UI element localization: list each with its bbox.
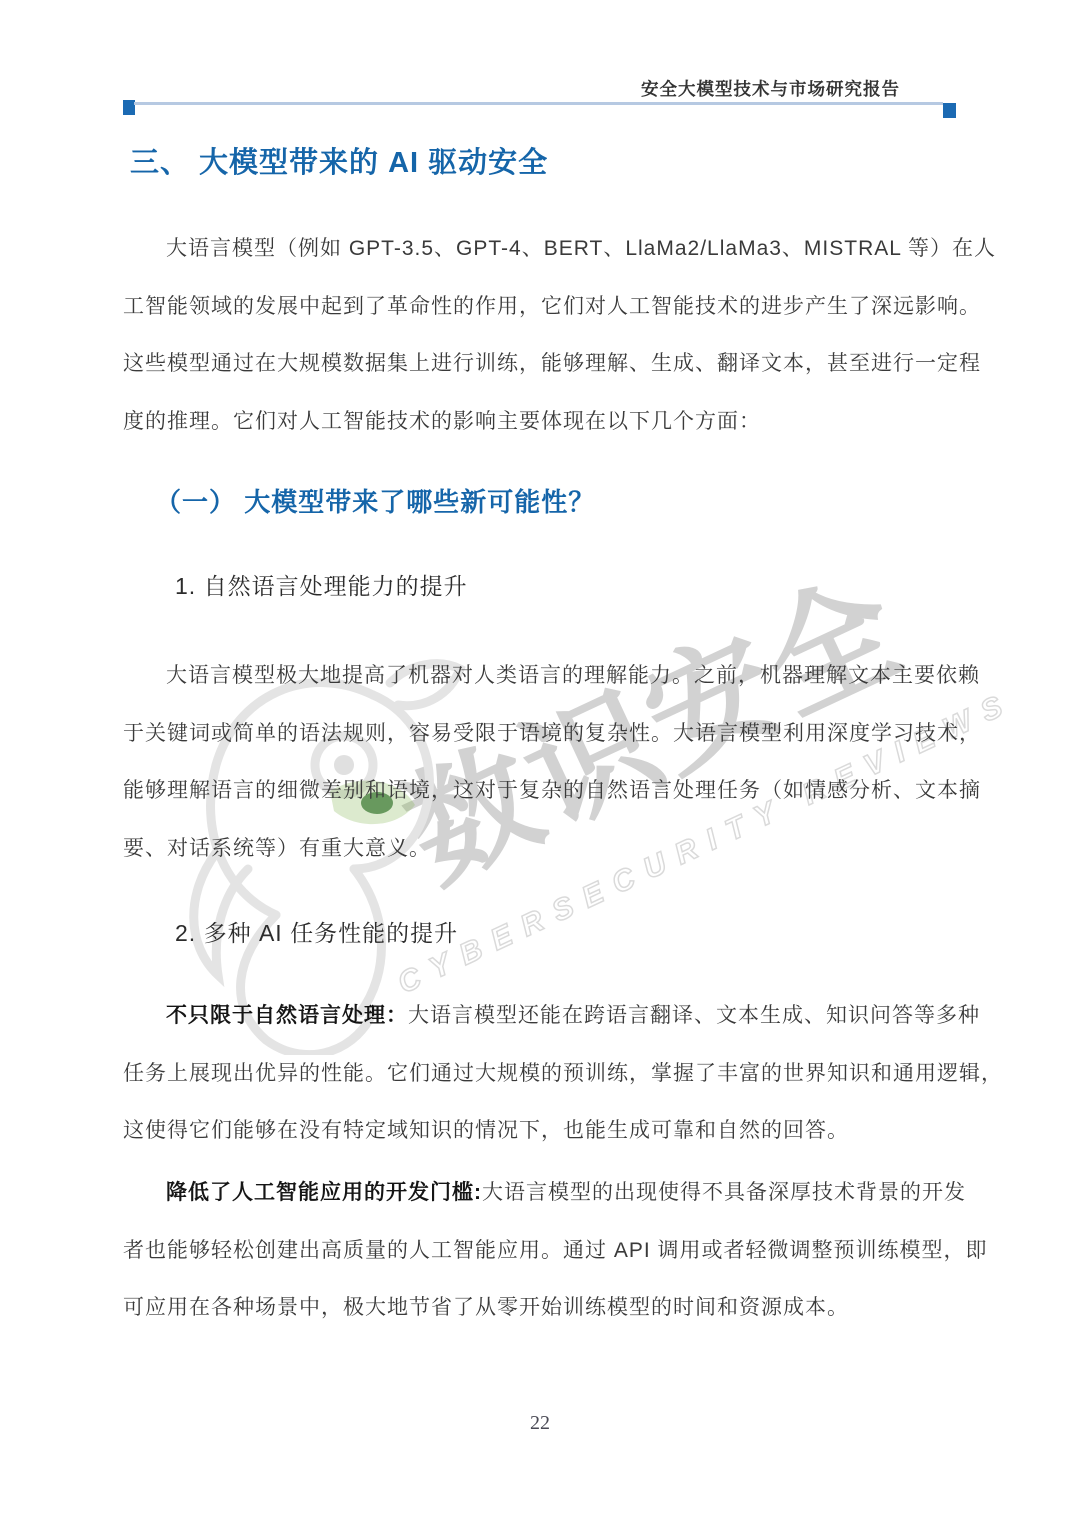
- text-line: 要、对话系统等）有重大意义。: [123, 820, 957, 878]
- subsection-1-heading: 1. 自然语言处理能力的提升: [175, 568, 468, 601]
- paragraph-threshold: 降低了人工智能应用的开发门槛:大语言模型的出现使得不具备深厚技术背景的开发 者也…: [123, 1164, 957, 1337]
- paragraph-multitask: 不只限于自然语言处理：大语言模型还能在跨语言翻译、文本生成、知识问答等多种 任务…: [123, 987, 957, 1160]
- paragraph-nlp: 大语言模型极大地提高了机器对人类语言的理解能力。之前，机器理解文本主要依赖 于关…: [123, 647, 957, 877]
- text-line: 工智能领域的发展中起到了革命性的作用，它们对人工智能技术的进步产生了深远影响。: [123, 278, 957, 336]
- chapter-title: 三、 大模型带来的 AI 驱动安全: [130, 140, 548, 181]
- text-line: 于关键词或简单的语法规则，容易受限于语境的复杂性。大语言模型利用深度学习技术，: [123, 705, 957, 763]
- text-line: 这使得它们能够在没有特定域知识的情况下，也能生成可靠和自然的回答。: [123, 1102, 957, 1160]
- text-line: 大语言模型极大地提高了机器对人类语言的理解能力。之前，机器理解文本主要依赖: [123, 647, 957, 705]
- paragraph-intro: 大语言模型（例如 GPT-3.5、GPT-4、BERT、LlaMa2/LlaMa…: [123, 220, 957, 450]
- text-line: 能够理解语言的细微差别和语境，这对于复杂的自然语言处理任务（如情感分析、文本摘: [123, 762, 957, 820]
- text-line: 大语言模型（例如 GPT-3.5、GPT-4、BERT、LlaMa2/LlaMa…: [123, 220, 957, 278]
- text-line: 任务上展现出优异的性能。它们通过大规模的预训练，掌握了丰富的世界知识和通用逻辑，: [123, 1045, 957, 1103]
- header-report-title: 安全大模型技术与市场研究报告: [641, 76, 900, 101]
- header-rule-line: [134, 102, 943, 105]
- report-page: 安全大模型技术与市场研究报告 数识安全 CYBERSECURITY REVIEW…: [0, 0, 1080, 1527]
- text-line: 不只限于自然语言处理：大语言模型还能在跨语言翻译、文本生成、知识问答等多种: [123, 987, 957, 1045]
- text-line: 这些模型通过在大规模数据集上进行训练，能够理解、生成、翻译文本，甚至进行一定程: [123, 335, 957, 393]
- section-one-heading: （一） 大模型带来了哪些新可能性？: [155, 482, 595, 519]
- text-line: 度的推理。它们对人工智能技术的影响主要体现在以下几个方面：: [123, 393, 957, 451]
- bold-lead: 降低了人工智能应用的开发门槛:: [166, 1181, 482, 1204]
- text-line: 降低了人工智能应用的开发门槛:大语言模型的出现使得不具备深厚技术背景的开发: [123, 1164, 957, 1222]
- header-right-square-decoration: [943, 103, 956, 118]
- text-line: 可应用在各种场景中，极大地节省了从零开始训练模型的时间和资源成本。: [123, 1279, 957, 1337]
- bold-lead: 不只限于自然语言处理：: [166, 1004, 408, 1027]
- subsection-2-heading: 2. 多种 AI 任务性能的提升: [175, 915, 458, 948]
- text-line: 者也能够轻松创建出高质量的人工智能应用。通过 API 调用或者轻微调整预训练模型…: [123, 1222, 957, 1280]
- page-number: 22: [0, 1412, 1080, 1435]
